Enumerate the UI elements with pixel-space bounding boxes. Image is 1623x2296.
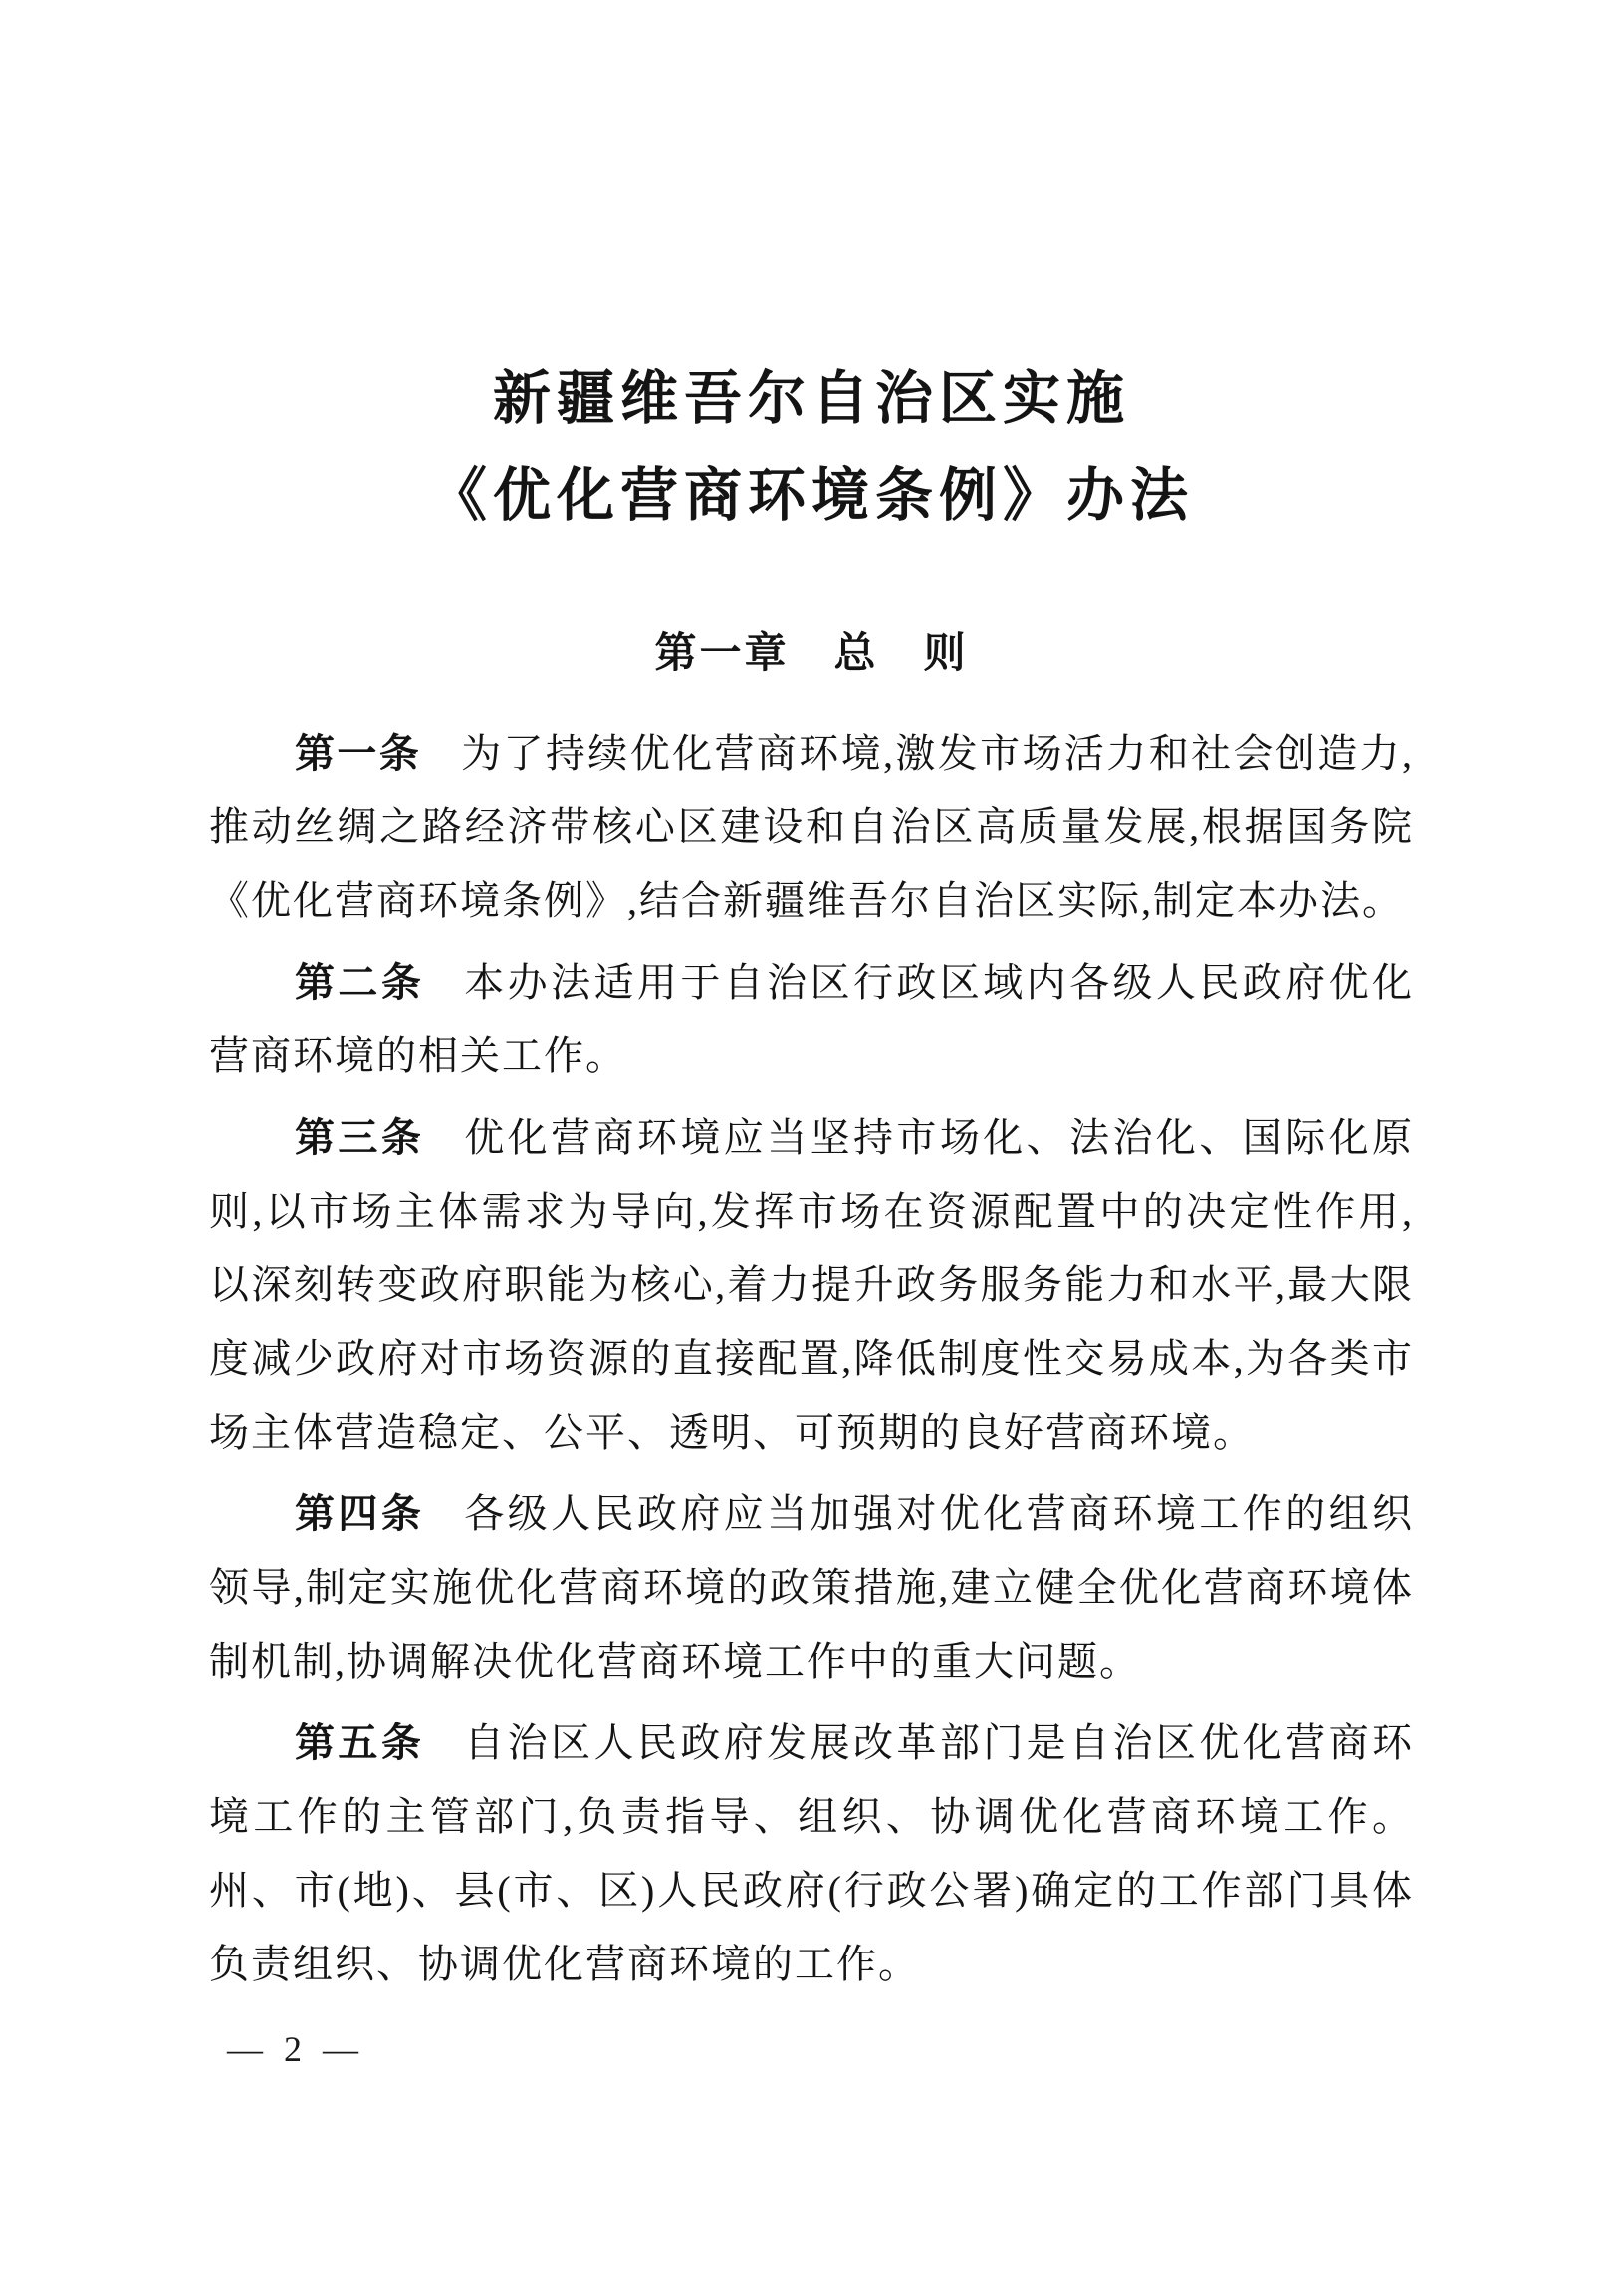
article-5: 第五条自治区人民政府发展改革部门是自治区优化营商环境工作的主管部门,负责指导、组… xyxy=(209,1707,1414,2001)
article-1: 第一条为了持续优化营商环境,激发市场活力和社会创造力,推动丝绸之路经济带核心区建… xyxy=(209,717,1414,938)
page-number: — 2 — xyxy=(227,2029,364,2069)
article-3: 第三条优化营商环境应当坚持市场化、法治化、国际化原则,以市场主体需求为导向,发挥… xyxy=(209,1101,1414,1470)
article-4-label: 第四条 xyxy=(295,1492,464,1536)
article-1-label: 第一条 xyxy=(295,732,461,776)
article-2: 第二条本办法适用于自治区行政区域内各级人民政府优化营商环境的相关工作。 xyxy=(209,946,1414,1093)
article-3-text: 优化营商环境应当坚持市场化、法治化、国际化原则,以市场主体需求为导向,发挥市场在… xyxy=(209,1115,1414,1455)
document-body: 第一条为了持续优化营商环境,激发市场活力和社会创造力,推动丝绸之路经济带核心区建… xyxy=(209,717,1414,2001)
article-2-label: 第二条 xyxy=(295,961,464,1005)
article-3-label: 第三条 xyxy=(295,1116,464,1160)
title-line-1: 新疆维吾尔自治区实施 xyxy=(209,350,1414,447)
document-page: 新疆维吾尔自治区实施 《优化营商环境条例》办法 第一章 总 则 第一条为了持续优… xyxy=(0,0,1623,2296)
chapter-heading: 第一章 总 则 xyxy=(209,623,1414,683)
article-4: 第四条各级人民政府应当加强对优化营商环境工作的组织领导,制定实施优化营商环境的政… xyxy=(209,1478,1414,1699)
article-5-label: 第五条 xyxy=(295,1722,464,1765)
title-line-2: 《优化营商环境条例》办法 xyxy=(209,447,1414,544)
document-title: 新疆维吾尔自治区实施 《优化营商环境条例》办法 xyxy=(209,350,1414,544)
